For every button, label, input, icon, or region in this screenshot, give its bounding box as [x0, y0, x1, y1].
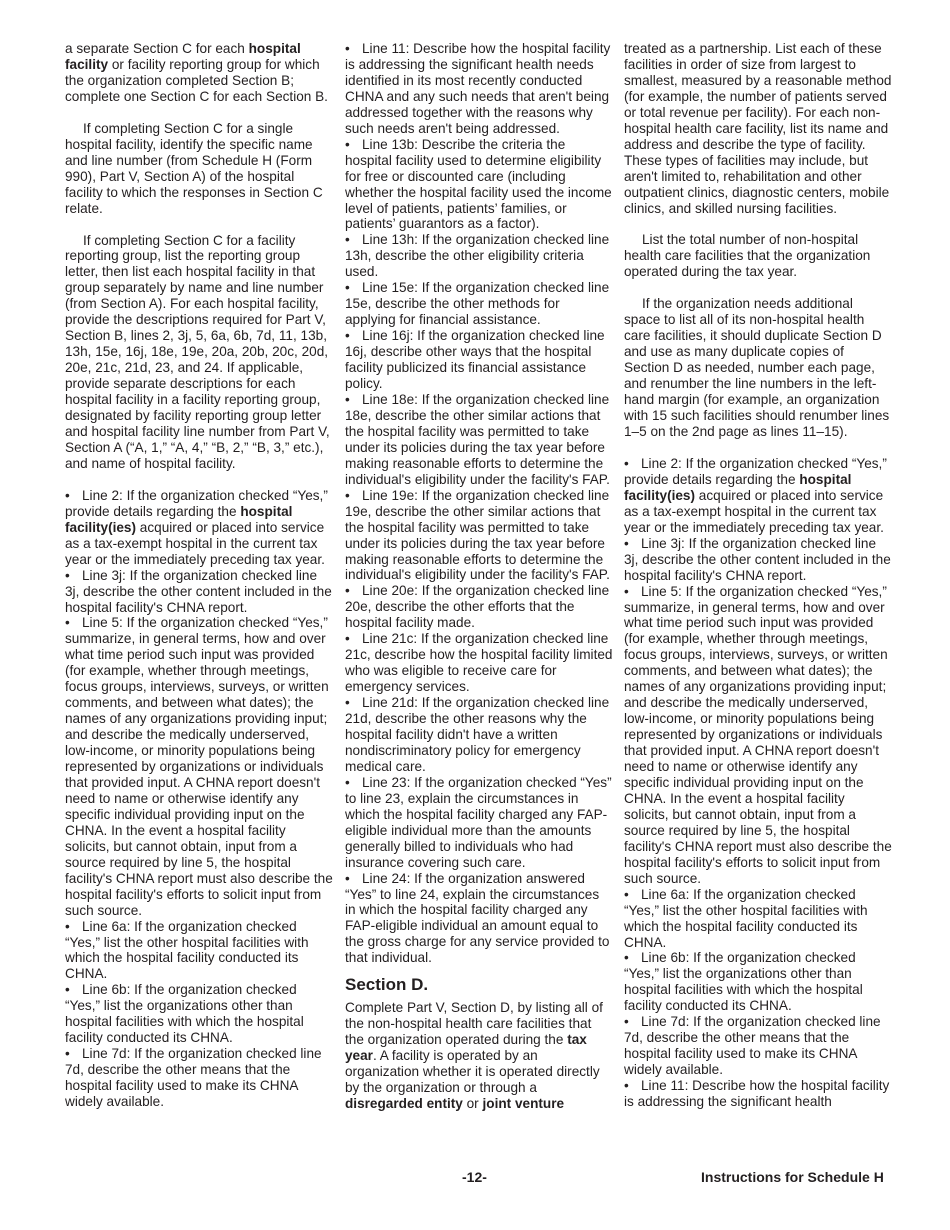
- bullet-text: Line 11: Describe how the hospital facil…: [624, 1078, 889, 1109]
- single-facility-paragraph: If completing Section C for a single hos…: [65, 121, 333, 217]
- bullet-line-6a: •Line 6a: If the organization checked “Y…: [624, 887, 892, 951]
- bullet-text: Line 6b: If the organization checked “Ye…: [65, 982, 304, 1045]
- bullet-icon: •: [345, 631, 362, 647]
- bullet-line-21d: •Line 21d: If the organization checked l…: [345, 695, 613, 775]
- bullet-text: Line 15e: If the organization checked li…: [345, 280, 609, 327]
- bullet-text: Line 23: If the organization checked “Ye…: [345, 775, 612, 870]
- section-d-paragraph: Complete Part V, Section D, by listing a…: [345, 1000, 613, 1112]
- bullet-text: Line 6a: If the organization checked “Ye…: [65, 919, 309, 982]
- bullet-icon: •: [65, 919, 82, 935]
- bullet-text: Line 21c: If the organization checked li…: [345, 631, 612, 694]
- bullet-line-3j: •Line 3j: If the organization checked li…: [65, 568, 333, 616]
- bullet-text: Line 3j: If the organization checked lin…: [624, 536, 891, 583]
- right-bullet-list: •Line 2: If the organization checked “Ye…: [624, 456, 892, 1110]
- bullet-icon: •: [345, 583, 362, 599]
- bullet-text: Line 13h: If the organization checked li…: [345, 232, 609, 279]
- bullet-line-13b: •Line 13b: Describe the criteria the hos…: [345, 137, 613, 233]
- bullet-line-7d: •Line 7d: If the organization checked li…: [624, 1014, 892, 1078]
- bullet-text: Line 7d: If the organization checked lin…: [624, 1014, 881, 1077]
- bullet-line-16j: •Line 16j: If the organization checked l…: [345, 328, 613, 392]
- bullet-icon: •: [624, 1078, 641, 1094]
- bullet-text: Line 21d: If the organization checked li…: [345, 695, 609, 774]
- bullet-icon: •: [65, 568, 82, 584]
- bullet-line-19e: •Line 19e: If the organization checked l…: [345, 488, 613, 584]
- bullet-text: Line 5: If the organization checked “Yes…: [624, 584, 892, 886]
- additional-space-paragraph: If the organization needs additional spa…: [624, 296, 892, 440]
- bullet-line-20e: •Line 20e: If the organization checked l…: [345, 583, 613, 631]
- bullet-text: Line 13b: Describe the criteria the hosp…: [345, 137, 612, 232]
- bullet-text: Line 5: If the organization checked “Yes…: [65, 615, 333, 917]
- intro-paragraph: a separate Section C for each hospital f…: [65, 41, 333, 105]
- bullet-line-7d: •Line 7d: If the organization checked li…: [65, 1046, 333, 1110]
- bullet-icon: •: [65, 1046, 82, 1062]
- bullet-line-13h: •Line 13h: If the organization checked l…: [345, 232, 613, 280]
- section-d-heading: Section D.: [345, 974, 613, 996]
- bullet-icon: •: [345, 775, 362, 791]
- intro-text: a separate Section C for each: [65, 41, 249, 56]
- bullet-line-6a: •Line 6a: If the organization checked “Y…: [65, 919, 333, 983]
- bullet-text: Line 6b: If the organization checked “Ye…: [624, 950, 863, 1013]
- bullet-icon: •: [65, 488, 82, 504]
- bullet-icon: •: [624, 1014, 641, 1030]
- bullet-icon: •: [345, 232, 362, 248]
- bullet-text: Line 3j: If the organization checked lin…: [65, 568, 332, 615]
- bullet-icon: •: [345, 280, 362, 296]
- bullet-text: Line 19e: If the organization checked li…: [345, 488, 610, 583]
- total-facilities-paragraph: List the total number of non-hospital he…: [624, 232, 892, 280]
- bullet-text: Line 18e: If the organization checked li…: [345, 392, 610, 487]
- bullet-line-2: •Line 2: If the organization checked “Ye…: [624, 456, 892, 536]
- bullet-text: Line 6a: If the organization checked “Ye…: [624, 887, 868, 950]
- bullet-text: Line 20e: If the organization checked li…: [345, 583, 609, 630]
- right-column: treated as a partnership. List each of t…: [624, 41, 892, 1110]
- bullet-line-23: •Line 23: If the organization checked “Y…: [345, 775, 613, 871]
- bullet-line-15e: •Line 15e: If the organization checked l…: [345, 280, 613, 328]
- bullet-text: Line 11: Describe how the hospital facil…: [345, 41, 610, 136]
- continuation-paragraph: treated as a partnership. List each of t…: [624, 41, 892, 216]
- bullet-line-21c: •Line 21c: If the organization checked l…: [345, 631, 613, 695]
- bullet-icon: •: [624, 536, 641, 552]
- group-paragraph: If completing Section C for a facility r…: [65, 233, 333, 472]
- bullet-icon: •: [624, 950, 641, 966]
- section-d-text: Complete Part V, Section D, by listing a…: [345, 1000, 603, 1047]
- bullet-icon: •: [624, 584, 641, 600]
- bullet-text: Line 24: If the organization answered “Y…: [345, 871, 609, 966]
- term-joint-venture: joint venture: [482, 1096, 564, 1111]
- bullet-icon: •: [345, 137, 362, 153]
- document-title: Instructions for Schedule H: [701, 1169, 884, 1185]
- page-number: -12-: [462, 1169, 487, 1185]
- bullet-icon: •: [624, 887, 641, 903]
- bullet-line-11: •Line 11: Describe how the hospital faci…: [345, 41, 613, 137]
- section-d-text-cont: . A facility is operated by an organizat…: [345, 1048, 600, 1095]
- bullet-icon: •: [65, 615, 82, 631]
- bullet-icon: •: [345, 871, 362, 887]
- bullet-line-6b: •Line 6b: If the organization checked “Y…: [624, 950, 892, 1014]
- bullet-line-3j: •Line 3j: If the organization checked li…: [624, 536, 892, 584]
- bullet-line-18e: •Line 18e: If the organization checked l…: [345, 392, 613, 488]
- bullet-line-5: •Line 5: If the organization checked “Ye…: [65, 615, 333, 918]
- bullet-line-6b: •Line 6b: If the organization checked “Y…: [65, 982, 333, 1046]
- term-disregarded-entity: disregarded entity: [345, 1096, 463, 1111]
- bullet-icon: •: [345, 41, 362, 57]
- bullet-line-24: •Line 24: If the organization answered “…: [345, 871, 613, 967]
- bullet-icon: •: [345, 392, 362, 408]
- bullet-text: Line 16j: If the organization checked li…: [345, 328, 605, 391]
- bullet-line-11: •Line 11: Describe how the hospital faci…: [624, 1078, 892, 1110]
- section-d-text-or: or: [463, 1096, 483, 1111]
- bullet-icon: •: [65, 982, 82, 998]
- bullet-icon: •: [345, 695, 362, 711]
- bullet-icon: •: [624, 456, 641, 472]
- bullet-line-5: •Line 5: If the organization checked “Ye…: [624, 584, 892, 887]
- bullet-icon: •: [345, 488, 362, 504]
- left-bullet-list: •Line 2: If the organization checked “Ye…: [65, 488, 333, 1110]
- bullet-text: Line 7d: If the organization checked lin…: [65, 1046, 322, 1109]
- bullet-line-2: •Line 2: If the organization checked “Ye…: [65, 488, 333, 568]
- bullet-icon: •: [345, 328, 362, 344]
- left-column: a separate Section C for each hospital f…: [65, 41, 333, 1110]
- middle-column: •Line 11: Describe how the hospital faci…: [345, 41, 613, 1112]
